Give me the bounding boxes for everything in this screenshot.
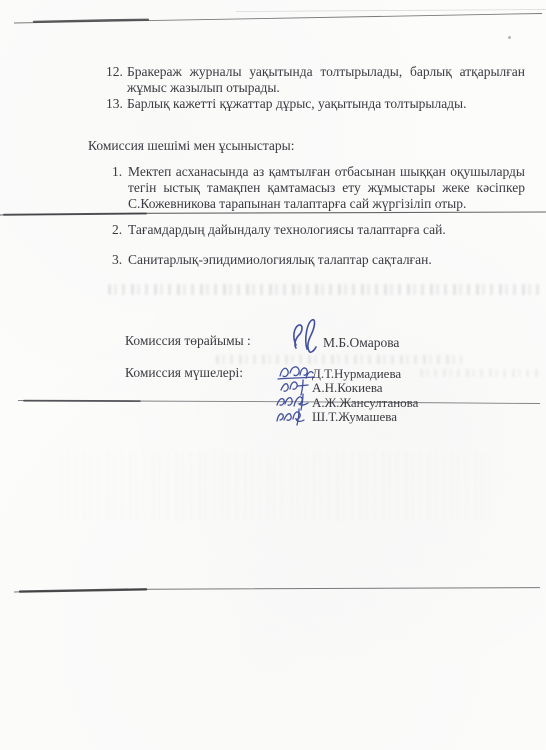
list-item-12: 12. Бракераж журналы уақытында толтырыла… (106, 64, 525, 96)
chair-name: М.Б.Омарова (323, 335, 399, 351)
list-item-number: 1. (112, 164, 122, 180)
bleedthrough-text-band (420, 369, 540, 377)
list-item-text-line: Барлық кажетті құжаттар дұрыс, уақытында… (127, 96, 525, 112)
list-item-13: 13. Барлық кажетті құжаттар дұрыс, уақыт… (106, 96, 525, 112)
scan-speck (508, 36, 511, 39)
members-label: Комиссия мүшелері: (125, 365, 243, 381)
list-item-number: 12. (106, 64, 123, 80)
scanned-document-page: 12. Бракераж журналы уақытында толтырыла… (0, 0, 546, 750)
list-item-number: 2. (112, 222, 122, 238)
member-row: А.Ж.Жансултанова (312, 396, 418, 410)
list-item-text-line: Бракераж журналы уақытында толтырылады, … (127, 64, 525, 80)
decision-text-line: Тағамдардың дайындалу технологиясы талап… (128, 222, 525, 238)
bleedthrough-text-band (108, 284, 540, 295)
bleedthrough-text-band (60, 452, 490, 522)
list-item-number: 13. (106, 96, 123, 112)
member-name: Ш.Т.Жумашева (312, 409, 397, 424)
decision-item-3: 3. Санитарлық-эпидимиологиялық талаптар … (112, 252, 525, 268)
decision-text-line: Санитарлық-эпидимиологиялық талаптар сақ… (128, 252, 525, 268)
signature-chair (286, 314, 322, 358)
member-row: Д.Т.Нурмадиева (312, 367, 418, 381)
chair-label: Комиссия төрайымы : (125, 333, 251, 349)
member-name: А.Н.Кокиева (312, 380, 383, 395)
decision-item-2: 2. Тағамдардың дайындалу технологиясы та… (112, 222, 525, 238)
list-item-text-line: жұмыс жазылып отырады. (127, 80, 525, 96)
members-list: Д.Т.Нурмадиева А.Н.Кокиева А.Ж.Жансулт (312, 367, 418, 425)
decision-list: 1. Мектеп асханасында аз қамтылған отбас… (112, 164, 525, 268)
inspection-findings-list: 12. Бракераж журналы уақытында толтырыла… (106, 64, 525, 112)
decision-text-line: тегін ыстық тамақпен қамтамасыз ету жұмы… (128, 180, 525, 196)
decision-text-line: С.Кожевникова тарапынан талаптарға сай ж… (128, 196, 525, 212)
member-name: А.Ж.Жансултанова (312, 395, 418, 410)
member-row: А.Н.Кокиева (312, 381, 418, 395)
decision-text-line: Мектеп асханасында аз қамтылған отбасына… (128, 164, 525, 180)
decision-item-1: 1. Мектеп асханасында аз қамтылған отбас… (112, 164, 525, 212)
member-name: Д.Т.Нурмадиева (312, 366, 401, 381)
signature-member-4 (274, 407, 312, 427)
list-item-number: 3. (112, 252, 122, 268)
bleedthrough-text-band (216, 355, 462, 364)
decision-section-heading: Комиссия шешімі мен ұсыныстары: (88, 138, 294, 154)
member-row: Ш.Т.Жумашева (312, 410, 418, 424)
